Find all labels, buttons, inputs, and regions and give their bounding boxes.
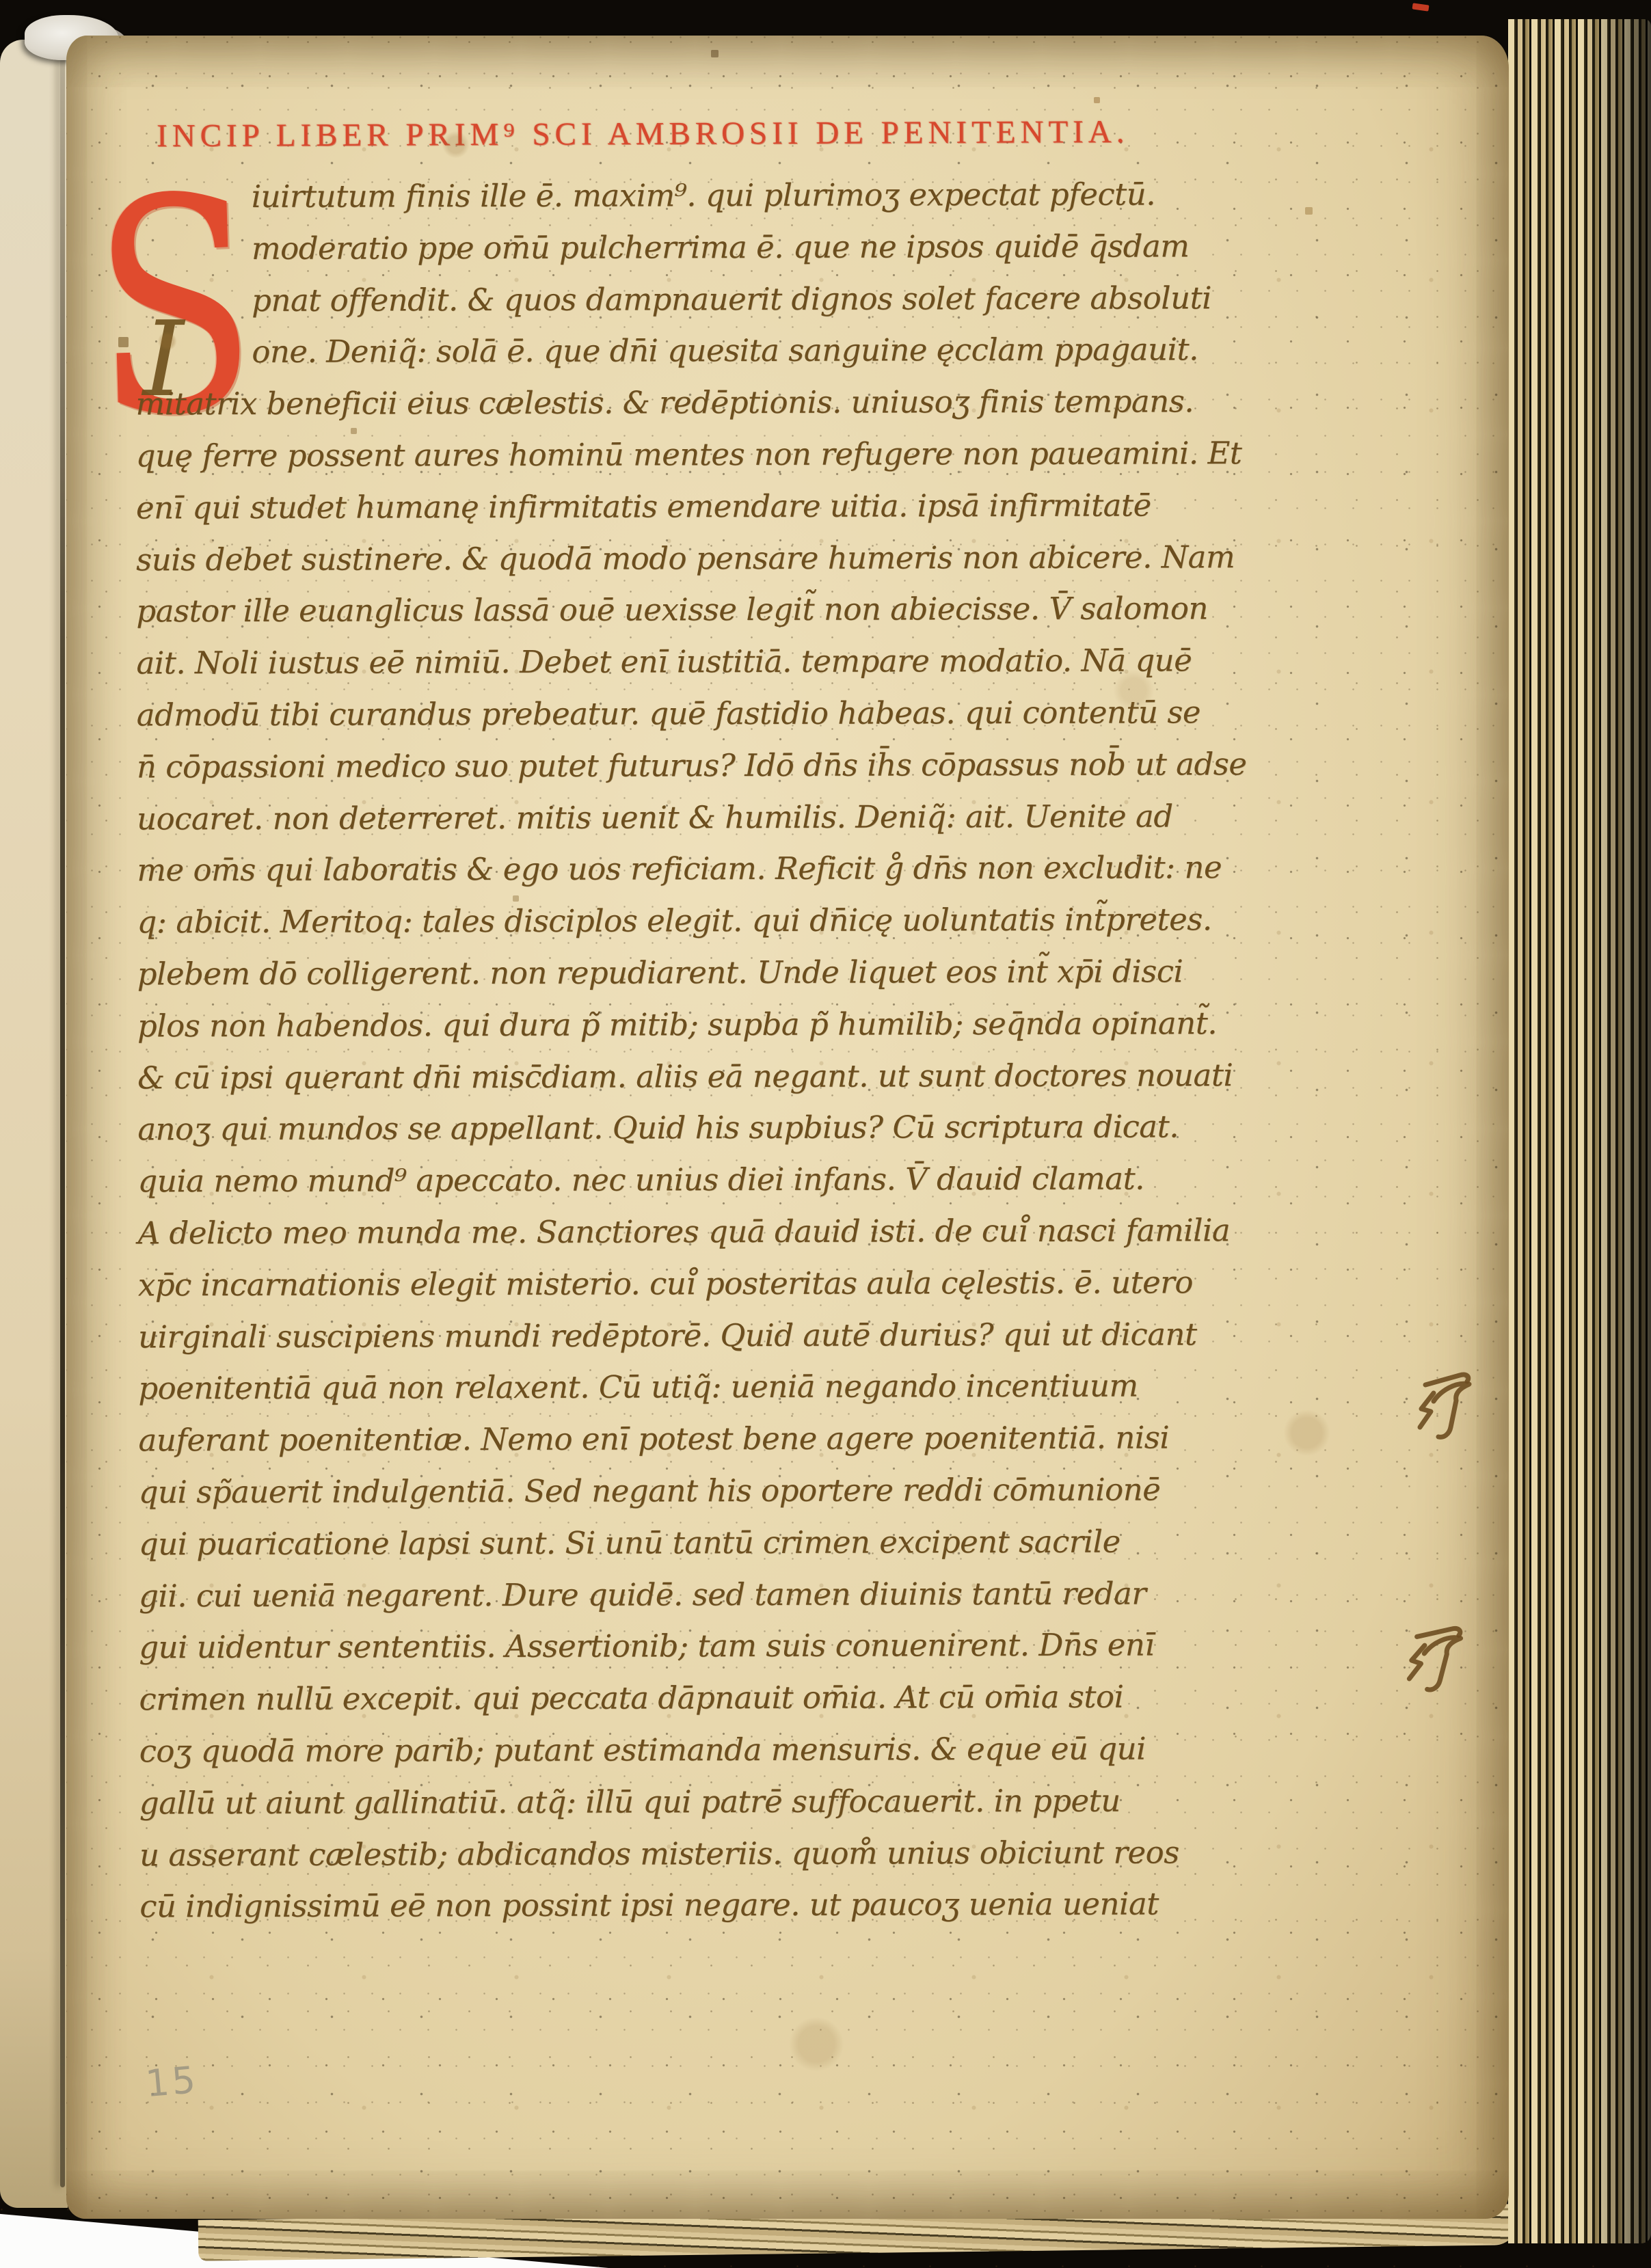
manuscript-line: u asserant cælestib; abdicandos misterii… bbox=[139, 1826, 1391, 1881]
folio-number-pencil: 15 bbox=[144, 2058, 200, 2105]
manuscript-line: ait. Noli iustus eē nimiū. Debet enī ius… bbox=[136, 634, 1387, 690]
manuscript-line: gii. cui ueniā negarent. Dure quidē. sed… bbox=[139, 1567, 1390, 1622]
manuscript-line: n̄ cōpassioni medico suo putet futurus? … bbox=[137, 738, 1388, 793]
manuscript-line: q: abicit. Meritoq: tales disciplos eleg… bbox=[137, 893, 1388, 949]
nota-mark bbox=[1403, 1612, 1471, 1705]
manuscript-line: plos non habendos. qui dura p̃ mitib; su… bbox=[137, 997, 1388, 1052]
manuscript-line: pastor ille euanglicus lassā ouē uexisse… bbox=[136, 582, 1387, 638]
manuscript-line: poenitentiā quā non relaxent. Cū utiq̃: … bbox=[138, 1360, 1389, 1415]
manuscript-photo: INCIP LIBER PRIM⁹ SCI AMBROSII DE PENITE… bbox=[0, 0, 1651, 2268]
age-spots bbox=[66, 36, 67, 36]
manuscript-line: qui puaricatione lapsi sunt. Si unū tant… bbox=[139, 1515, 1390, 1570]
manuscript-line: uocaret. non deterreret. mitis uenit & h… bbox=[137, 789, 1388, 845]
manuscript-line: anoʒ qui mundos se appellant. Quid his s… bbox=[137, 1101, 1388, 1156]
manuscript-line: coʒ quodā more parib; putant estimanda m… bbox=[139, 1723, 1391, 1778]
manuscript-line: iuirtutum finis ille ē. maxim⁹. qui plur… bbox=[135, 168, 1386, 224]
manuscript-line: A delicto meo munda me. Sanctiores quā d… bbox=[138, 1204, 1389, 1260]
text-block: iuirtutum finis ille ē. maxim⁹. qui plur… bbox=[135, 168, 1391, 1933]
manuscript-line: cū indignissimū eē non possint ipsi nega… bbox=[139, 1878, 1391, 1933]
manuscript-line: auferant poenitentiæ. Nemo enī potest be… bbox=[138, 1412, 1389, 1467]
manuscript-line: qui sp̃auerit indulgentiā. Sed negant hi… bbox=[139, 1463, 1390, 1519]
manuscript-line: me om̄s qui laboratis & ego uos reficiam… bbox=[137, 841, 1388, 897]
manuscript-line: suis debet sustinere. & quodā modo pensa… bbox=[136, 530, 1387, 586]
manuscript-line: one. Deniq̃: solā ē. que dn̄i quesita sa… bbox=[135, 323, 1386, 379]
red-edge-mark bbox=[1412, 3, 1429, 11]
facing-page-gutter bbox=[0, 40, 68, 2208]
manuscript-line: moderatio ppe om̄ū pulcherrima ē. que ne… bbox=[135, 219, 1386, 275]
manuscript-line: gallū ut aiunt gallinatiū. atq̃: illū qu… bbox=[139, 1774, 1391, 1829]
manuscript-line: admodū tibi curandus prebeatur. quē fast… bbox=[137, 686, 1388, 742]
manuscript-line: pnat offendit. & quos dampnauerit dignos… bbox=[135, 271, 1386, 327]
manuscript-line: mitatrix beneficii eius cælestis. & redē… bbox=[135, 375, 1386, 431]
manuscript-line: quia nemo mund⁹ apeccato. nec unius diei… bbox=[137, 1152, 1388, 1208]
fore-edge-page-stack bbox=[1508, 19, 1651, 2243]
manuscript-line: plebem dō colligerent. non repudiarent. … bbox=[137, 945, 1388, 1001]
parchment-page: INCIP LIBER PRIM⁹ SCI AMBROSII DE PENITE… bbox=[66, 36, 1509, 2219]
manuscript-line: enī qui studet humanę infirmitatis emend… bbox=[136, 478, 1387, 534]
manuscript-line: gui uidentur sententiis. Assertionib; ta… bbox=[139, 1619, 1390, 1674]
nota-mark bbox=[1414, 1360, 1477, 1450]
manuscript-line: quę ferre possent aures hominū mentes no… bbox=[136, 427, 1387, 483]
manuscript-line: & cū ipsi querant dn̄i misc̄diam. aliis … bbox=[137, 1049, 1388, 1104]
manuscript-line: uirginali suscipiens mundi redēptorē. Qu… bbox=[138, 1308, 1389, 1363]
manuscript-line: xp̄c incarnationis elegit misterio. cui̊… bbox=[138, 1256, 1389, 1311]
manuscript-line: crimen nullū excepit. qui peccata dāpnau… bbox=[139, 1671, 1390, 1726]
rubric-heading: INCIP LIBER PRIM⁹ SCI AMBROSII DE PENITE… bbox=[157, 112, 1414, 154]
